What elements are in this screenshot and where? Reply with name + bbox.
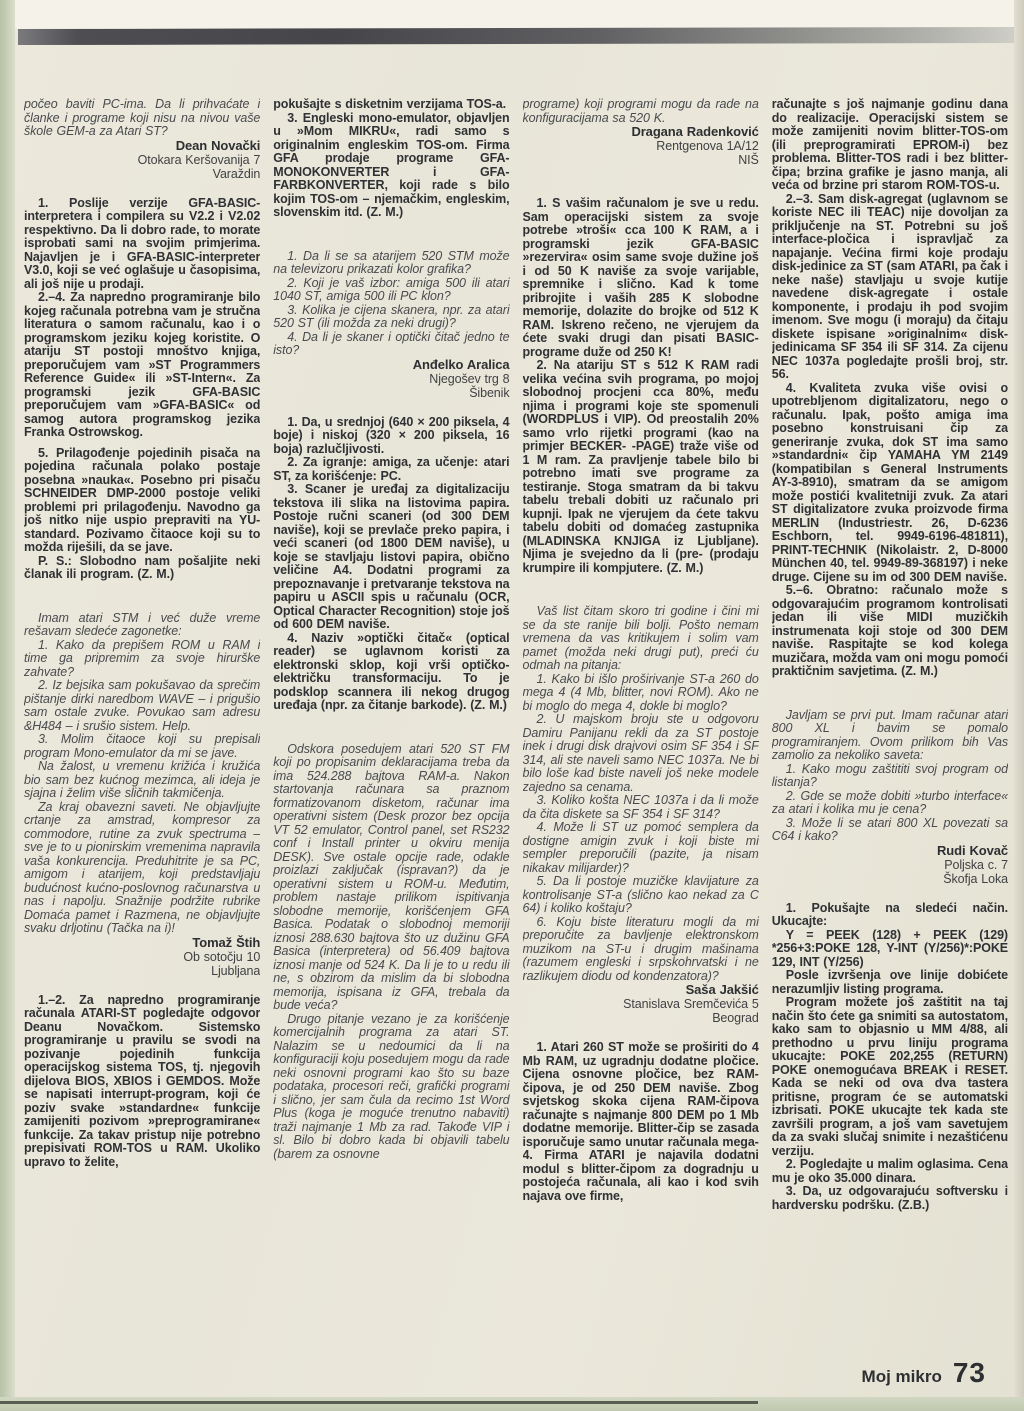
letter-paragraph: 3. Koliko košta NEC 1037a i da li može d… <box>523 794 759 821</box>
answer-paragraph: P. S.: Slobodno nam pošaljite neki člana… <box>24 555 260 582</box>
signature-name: Rudi Kovač <box>772 844 1008 858</box>
letter-paragraph: 1. Kako da prepišem ROM u RAM i time ga … <box>24 639 260 680</box>
scan-edge-right <box>1014 0 1024 1411</box>
answer-paragraph: 4. Naziv »optički čitač« (optical reader… <box>273 632 509 713</box>
letter-paragraph: Vaš list čitam skoro tri godine i čini m… <box>523 605 759 673</box>
text-column-1: počeo baviti PC-ima. Da li prihvaćate i … <box>24 98 260 1350</box>
letter-paragraph: 3. Molim čitaoce koji su prepisali progr… <box>24 733 260 760</box>
answer-paragraph: 1. Da, u srednjoj (640 × 200 piksela, 4 … <box>273 416 509 457</box>
magazine-name: Moj mikro <box>862 1367 942 1387</box>
answer-paragraph: pokušajte s disketnim verzijama TOS-a. <box>273 98 509 112</box>
answer-paragraph: 2. Na atariju ST s 512 K RAM radi velika… <box>523 359 759 575</box>
answer-paragraph: 5. Prilagođenje pojedinih pisača na poje… <box>24 447 260 555</box>
answer-paragraph: 2.–3. Sam disk-agregat (uglavnom se kori… <box>772 193 1008 382</box>
answer-paragraph: 2. Za igranje: amiga, za učenje: atari S… <box>273 456 509 483</box>
answer-paragraph: računajte s još najmanje godinu dana do … <box>772 98 1008 193</box>
letter-paragraph: 1. Kako bi išlo proširivanje ST-a 260 do… <box>523 673 759 714</box>
signature-address-line: Rentgenova 1A/12 <box>523 139 759 153</box>
letter-paragraph: Odskora posedujem atari 520 ST FM koji p… <box>273 743 509 1013</box>
letter-paragraph: počeo baviti PC-ima. Da li prihvaćate i … <box>24 98 260 139</box>
scan-bottom-line <box>0 1401 758 1405</box>
answer-paragraph: 4. Kvaliteta zvuka više ovisi o upotrebl… <box>772 382 1008 585</box>
answer-paragraph: 1. S vašim računalom je sve u redu. Sam … <box>523 197 759 359</box>
text-column-4: računajte s još najmanje godinu dana do … <box>772 98 1008 1350</box>
signature-address-line: Ljubljana <box>24 964 260 978</box>
letter-paragraph: 4. Da li je skaner i optički čitač jedno… <box>273 331 509 358</box>
answer-paragraph: 5.–6. Obratno: računalo može s odgovaraj… <box>772 584 1008 679</box>
letter-paragraph: 2. U majskom broju ste u odgovoru Damiru… <box>523 713 759 794</box>
signature-name: Dragana Radenković <box>523 125 759 139</box>
answer-paragraph: Posle izvršenja ove linije dobićete nera… <box>772 969 1008 996</box>
letter-paragraph: Na žalost, u vremenu križića i kružića b… <box>24 760 260 801</box>
answer-paragraph: 3. Scaner je uređaj za digitalizaciju te… <box>273 483 509 632</box>
text-column-2: pokušajte s disketnim verzijama TOS-a.3.… <box>273 98 509 1350</box>
signature-address-line: Ob sotočju 10 <box>24 950 260 964</box>
letter-paragraph: 3. Kolika je cijena skanera, npr. za ata… <box>273 304 509 331</box>
page-number: 73 <box>953 1357 986 1389</box>
letter-paragraph: Drugo pitanje vezano je za korišćenje ko… <box>273 1013 509 1162</box>
answer-paragraph: Y = PEEK (128) + PEEK (129) *256+3:POKE … <box>772 929 1008 970</box>
signature-block: Tomaž ŠtihOb sotočju 10Ljubljana <box>24 936 260 978</box>
answer-paragraph: 2. Pogledajte u malim oglasima. Cena mu … <box>772 1158 1008 1185</box>
signature-block: Rudi KovačPoljska c. 7Škofja Loka <box>772 844 1008 886</box>
magazine-page-scan: { "page": { "footer": {"magazine": "Moj … <box>0 0 1024 1411</box>
letter-paragraph: Javljam se prvi put. Imam računar atari … <box>772 709 1008 763</box>
signature-address-line: NIŠ <box>523 153 759 167</box>
answer-paragraph: Program možete još zaštitit na taj način… <box>772 996 1008 1158</box>
signature-address-line: Poljska c. 7 <box>772 858 1008 872</box>
signature-address-line: Beograd <box>523 1011 759 1025</box>
signature-block: Dean NovačkiOtokara Keršovanija 7Varaždi… <box>24 139 260 181</box>
signature-address-line: Škofja Loka <box>772 872 1008 886</box>
signature-address-line: Otokara Keršovanija 7 <box>24 153 260 167</box>
letter-paragraph: 2. Koji je vaš izbor: amiga 500 ili atar… <box>273 277 509 304</box>
answer-paragraph: 3. Engleski mono-emulator, objavljen u »… <box>273 112 509 220</box>
letter-paragraph: 1. Da li se sa atarijem 520 STM može na … <box>273 250 509 277</box>
letter-paragraph: Za kraj obavezni saveti. Ne objavljujte … <box>24 801 260 936</box>
answer-paragraph: 1. Pokušajte na sledeći način. Ukucajte: <box>772 902 1008 929</box>
answer-paragraph: 2.–4. Za napredno programiranje bilo koj… <box>24 291 260 440</box>
page-footer: Moj mikro 73 <box>862 1357 986 1389</box>
answer-paragraph: 1.–2. Za napredno programiranje računala… <box>24 994 260 1170</box>
scan-edge-left <box>0 0 15 1411</box>
answer-paragraph: 1. Atari 260 ST može se proširiti do 4 M… <box>523 1041 759 1203</box>
letter-paragraph: 3. Može li se atari 800 XL povezati sa C… <box>772 817 1008 844</box>
letter-paragraph: 1. Kako mogu zaštititi svoj program od l… <box>772 763 1008 790</box>
signature-block: Anđelko AralicaNjegošev trg 8Šibenik <box>273 358 509 400</box>
letter-paragraph: 4. Može li ST uz pomoć semplera da dosti… <box>523 821 759 875</box>
scan-shadow-band <box>18 27 1016 45</box>
letter-paragraph: programe) koji programi mogu da rade na … <box>523 98 759 125</box>
text-column-3: programe) koji programi mogu da rade na … <box>523 98 759 1350</box>
signature-name: Dean Novački <box>24 139 260 153</box>
answer-paragraph: 1. Poslije verzije GFA-BASIC-interpreter… <box>24 197 260 292</box>
signature-address-line: Varaždin <box>24 167 260 181</box>
signature-name: Tomaž Štih <box>24 936 260 950</box>
letter-paragraph: 6. Koju biste literaturu mogli da mi pre… <box>523 916 759 984</box>
signature-block: Dragana RadenkovićRentgenova 1A/12NIŠ <box>523 125 759 167</box>
page-top-margin <box>15 0 1024 29</box>
letter-paragraph: 5. Da li postoje muzičke klavijature za … <box>523 875 759 916</box>
signature-name: Saša Jakšić <box>523 983 759 997</box>
answer-paragraph: 3. Da, uz odgovarajuću softversku i hard… <box>772 1185 1008 1212</box>
letter-paragraph: 2. Gde se može dobiti »turbo interface« … <box>772 790 1008 817</box>
signature-address-line: Stanislava Sremčevića 5 <box>523 997 759 1011</box>
scan-edge-bottom <box>0 1397 1024 1411</box>
letter-paragraph: Imam atari STM i već duže vreme rešavam … <box>24 612 260 639</box>
signature-block: Saša JakšićStanislava Sremčevića 5Beogra… <box>523 983 759 1025</box>
signature-address-line: Njegošev trg 8 <box>273 372 509 386</box>
signature-address-line: Šibenik <box>273 386 509 400</box>
letters-qa-columns: počeo baviti PC-ima. Da li prihvaćate i … <box>24 98 1008 1350</box>
signature-name: Anđelko Aralica <box>273 358 509 372</box>
letter-paragraph: 2. Iz bejsika sam pokušavao da sprečim p… <box>24 679 260 733</box>
